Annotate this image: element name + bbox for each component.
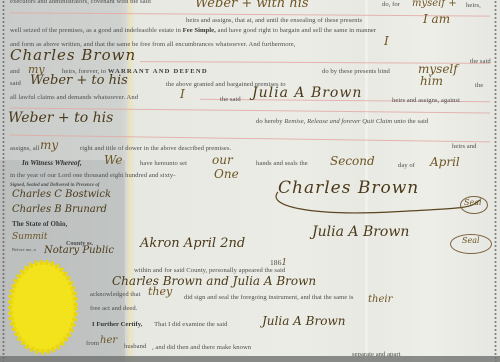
printed-line: and bbox=[10, 68, 20, 75]
seal-label: Seal bbox=[462, 236, 480, 245]
printed-line: did sign and seal the foregoing instrume… bbox=[184, 294, 353, 301]
printed-line: free act and deed. bbox=[90, 305, 137, 312]
handwritten-examined: Julia A Brown bbox=[262, 314, 345, 328]
handwritten-i: I bbox=[384, 34, 389, 48]
handwritten-they: they bbox=[148, 285, 172, 298]
handwritten-i: I bbox=[180, 87, 185, 101]
printed-line: acknowledged that bbox=[90, 291, 140, 298]
handwritten-year: One bbox=[214, 167, 239, 181]
handwritten-weber: Weber + to his bbox=[8, 110, 113, 126]
printed-line: heirs and assigns, against bbox=[392, 97, 460, 104]
state-label: The State of Ohio, bbox=[12, 220, 67, 228]
perforation-right bbox=[493, 0, 498, 362]
printed-line: from bbox=[86, 340, 99, 347]
witness-signature: Charles B Brunard bbox=[12, 204, 107, 215]
printed-line: the said bbox=[470, 58, 491, 65]
printed-line: said bbox=[10, 80, 21, 87]
handwritten-our: our bbox=[212, 153, 233, 167]
handwritten-county: Summit bbox=[12, 232, 48, 242]
in-witness-whereof: In Witness Whereof, bbox=[22, 159, 82, 167]
printed-line: day of bbox=[398, 162, 415, 169]
handwritten-i-am: I am bbox=[423, 12, 450, 26]
signed-sealed-label: Signed, Sealed and Delivered in Presence… bbox=[10, 183, 99, 188]
printed-line: in the year of our Lord one thousand eig… bbox=[10, 172, 175, 179]
printed-line: do by these presents bind bbox=[322, 68, 390, 75]
handwritten-date: Akron April 2nd bbox=[140, 236, 245, 251]
handwritten-appeared: Charles Brown and Julia A Brown bbox=[112, 274, 316, 288]
printed-line: well seized of the premises, as a good a… bbox=[10, 27, 376, 34]
printed-line: within and for said County, personally a… bbox=[134, 267, 285, 274]
bottom-shadow bbox=[0, 356, 500, 362]
notary-seal bbox=[8, 260, 78, 355]
handwritten-julia: Julia A Brown bbox=[252, 85, 362, 101]
printed-line: do, for bbox=[382, 1, 400, 8]
perforation-left bbox=[1, 0, 6, 362]
printed-line: heirs, bbox=[466, 2, 481, 9]
handwritten-month: April bbox=[430, 155, 460, 169]
printed-line: hands and seals the bbox=[256, 160, 308, 167]
handwritten-we: We bbox=[104, 153, 122, 167]
seal-label: Seal bbox=[464, 198, 482, 207]
handwritten-her: her bbox=[100, 335, 117, 346]
printed-line: heirs and assigns, that at, and until th… bbox=[186, 17, 362, 24]
handwritten-my: my bbox=[40, 138, 58, 152]
printed-line: all lawful claims and demands whatsoever… bbox=[10, 94, 138, 101]
printed-line: right and title of dower in the above de… bbox=[80, 145, 231, 152]
before-me-label: Before me, a bbox=[12, 247, 36, 252]
printed-line: husband bbox=[124, 343, 146, 350]
handwritten-weber: Weber + to his bbox=[30, 73, 128, 88]
signature-flourish bbox=[270, 186, 490, 226]
printed-line: the bbox=[475, 82, 483, 89]
handwritten-him: him bbox=[420, 74, 443, 88]
handwritten-grantor: Charles Brown bbox=[10, 46, 136, 64]
printed-line: have hereunto set bbox=[140, 160, 187, 167]
printed-line: assigns, all bbox=[10, 145, 40, 152]
further-certify: I Further Certify, That I did examine th… bbox=[92, 321, 227, 328]
handwritten-myself: myself + bbox=[412, 0, 457, 9]
printed-line: executors and administrators, covenant w… bbox=[10, 0, 151, 5]
printed-line: , and did then and there make known bbox=[152, 344, 251, 351]
witness-signature: Charles C Bostwick bbox=[12, 189, 111, 200]
signature-julia-brown: Julia A Brown bbox=[312, 224, 409, 240]
handwritten-officer: Notary Public bbox=[44, 245, 114, 256]
handwritten-day: Second bbox=[330, 154, 375, 168]
handwritten-their: their bbox=[368, 294, 392, 305]
handwritten-grantee: Weber + with his bbox=[195, 0, 309, 11]
printed-line: the said bbox=[220, 96, 241, 103]
printed-line: do hereby Remise, Release and forever Qu… bbox=[256, 118, 428, 125]
printed-line: heirs and bbox=[452, 143, 476, 150]
